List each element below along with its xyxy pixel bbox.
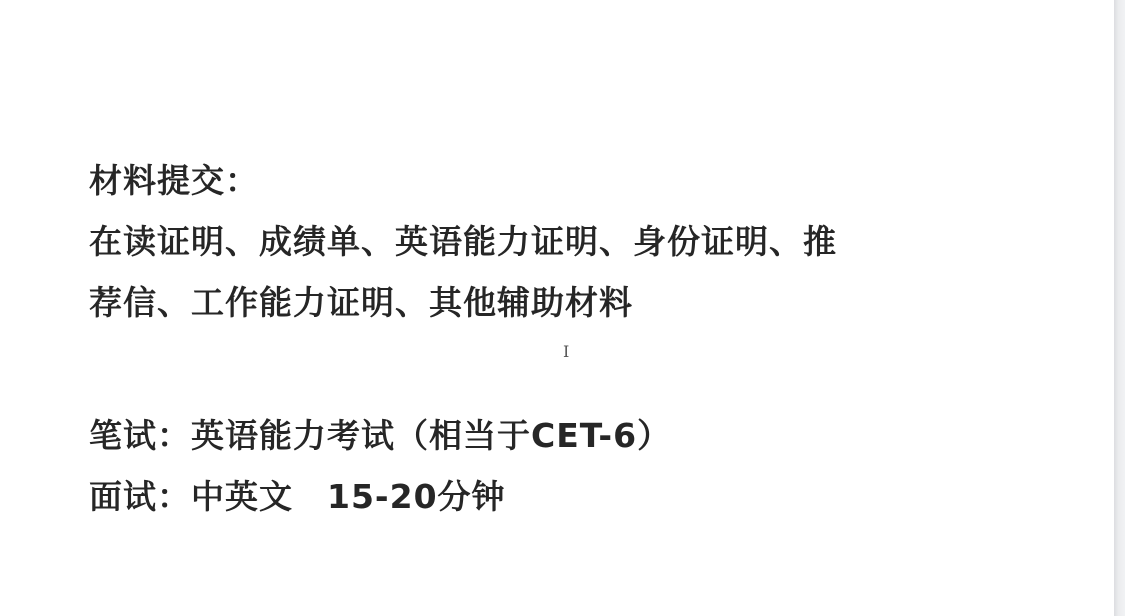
document-page: 材料提交： 在读证明、成绩单、英语能力证明、身份证明、推 荐信、工作能力证明、其…	[0, 0, 1114, 616]
document-content: 材料提交： 在读证明、成绩单、英语能力证明、身份证明、推 荐信、工作能力证明、其…	[89, 150, 1029, 527]
interview-text: 面试：中英文 15-20分钟	[89, 466, 1029, 527]
materials-heading: 材料提交：	[89, 150, 1029, 211]
text-cursor-icon: I	[563, 344, 569, 360]
materials-list-line-1: 在读证明、成绩单、英语能力证明、身份证明、推	[89, 211, 1029, 272]
materials-list-line-2: 荐信、工作能力证明、其他辅助材料	[89, 272, 1029, 333]
written-exam-text: 笔试：英语能力考试（相当于CET-6）	[89, 405, 1029, 466]
paragraph-gap	[89, 333, 1029, 405]
scrollbar-track[interactable]	[1114, 0, 1125, 616]
